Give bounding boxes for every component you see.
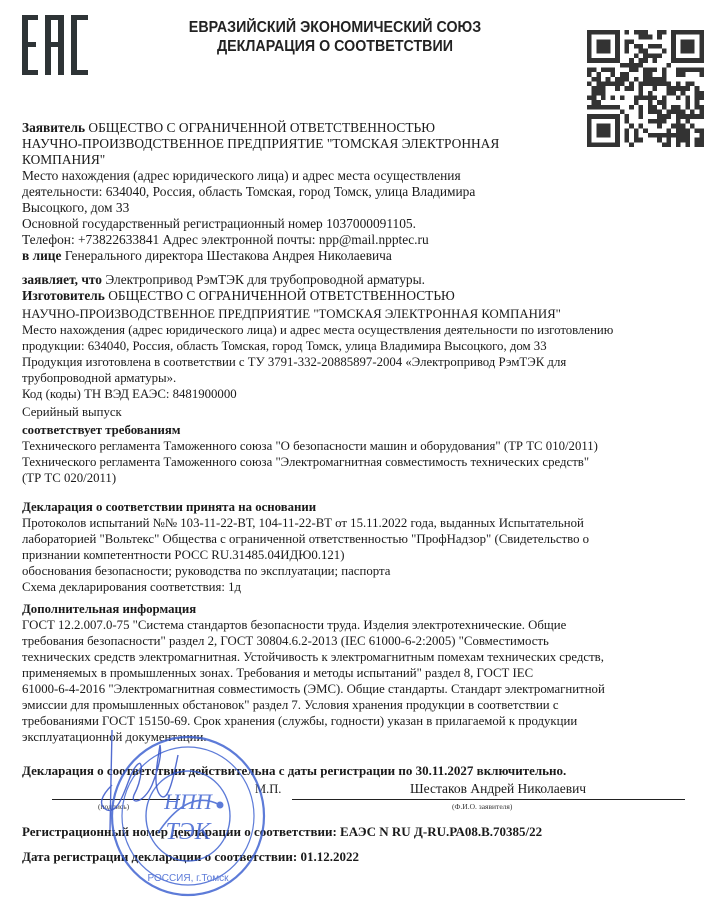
manufacturer-address: Место нахождения (адрес юридического лиц…	[22, 322, 722, 338]
product-name: Электропривод РэмТЭК для трубопроводной …	[102, 272, 425, 287]
regulation-item: Технического регламента Таможенного союз…	[22, 438, 722, 454]
eac-mark-icon	[20, 14, 92, 76]
applicant-contacts: Телефон: +73822633841 Адрес электронной …	[22, 232, 582, 248]
company-seal-stamp: НПП ТЭК РОССИЯ, г.Томск	[108, 733, 268, 898]
represented-label: в лице	[22, 248, 61, 263]
applicant-label: Заявитель	[22, 120, 85, 135]
declaration-document: ЕВРАЗИЙСКИЙ ЭКОНОМИЧЕСКИЙ СОЮЗ ДЕКЛАРАЦИ…	[0, 0, 728, 907]
registration-number: Регистрационный номер декларации о соотв…	[22, 824, 722, 840]
seal-icon: НПП ТЭК РОССИЯ, г.Томск	[108, 733, 268, 898]
additional-info-text: применяемых в промышленных зонах. Требов…	[22, 665, 722, 681]
applicant-name-line: КОМПАНИЯ"	[22, 152, 582, 168]
manufacturer-name-line: НАУЧНО-ПРОИЗВОДСТВЕННОЕ ПРЕДПРИЯТИЕ "ТОМ…	[22, 306, 722, 322]
applicant-name-line: НАУЧНО-ПРОИЗВОДСТВЕННОЕ ПРЕДПРИЯТИЕ "ТОМ…	[22, 136, 582, 152]
declares-label: заявляет, что	[22, 272, 102, 287]
additional-info-text: 61000-6-4-2016 "Электромагнитная совмест…	[22, 681, 722, 697]
signature-line	[52, 799, 180, 800]
svg-text:РОССИЯ, г.Томск: РОССИЯ, г.Томск	[148, 873, 230, 884]
svg-text:НПП: НПП	[163, 789, 213, 814]
regulation-item: (ТР ТС 020/2011)	[22, 470, 722, 486]
basis-text: лабораторией "Вольтекс" Общества с огран…	[22, 531, 722, 547]
additional-info-text: эмиссии для промышленных обстановок" раз…	[22, 697, 722, 713]
additional-info-text: эксплуатационной документации.	[22, 729, 722, 745]
regulation-item: Технического регламента Таможенного союз…	[22, 454, 722, 470]
additional-info-section: Дополнительная информация ГОСТ 12.2.007.…	[22, 601, 722, 745]
signer-name-line	[292, 799, 685, 800]
basis-heading: Декларация о соответствии принята на осн…	[22, 499, 722, 515]
additional-info-text: требованиями ГОСТ 15150-69. Срок хранени…	[22, 713, 722, 729]
basis-text: обоснования безопасности; руководства по…	[22, 563, 722, 579]
document-title: ЕВРАЗИЙСКИЙ ЭКОНОМИЧЕСКИЙ СОЮЗ ДЕКЛАРАЦИ…	[165, 18, 505, 56]
represented-by: Генерального директора Шестакова Андрея …	[61, 248, 391, 263]
applicant-name: ОБЩЕСТВО С ОГРАНИЧЕННОЙ ОТВЕТСТВЕННОСТЬЮ	[85, 120, 435, 135]
signature-caption: (подпись)	[98, 802, 129, 811]
basis-text: признании компетентности РОСС RU.31485.0…	[22, 547, 722, 563]
manufacturer-name: ОБЩЕСТВО С ОГРАНИЧЕННОЙ ОТВЕТСТВЕННОСТЬЮ	[105, 288, 455, 303]
signer-name: Шестаков Андрей Николаевич	[410, 781, 586, 797]
qr-code-icon[interactable]	[587, 30, 704, 147]
basis-text: Протоколов испытаний №№ 103-11-22-ВТ, 10…	[22, 515, 722, 531]
seal-label: М.П.	[255, 782, 281, 797]
additional-info-text: технических средств электромагнитная. Ус…	[22, 649, 722, 665]
additional-info-text: требования безопасности" раздел 2, ГОСТ …	[22, 633, 722, 649]
signer-caption: (Ф.И.О. заявителя)	[452, 802, 512, 811]
validity-statement: Декларация о соответствии действительна …	[22, 763, 722, 779]
applicant-address: Место нахождения (адрес юридического лиц…	[22, 168, 582, 184]
technical-specification: трубопроводной арматуры».	[22, 370, 722, 386]
eac-logo	[20, 14, 92, 76]
applicant-address: Высоцкого, дом 33	[22, 200, 582, 216]
hs-code: Код (коды) ТН ВЭД ЕАЭС: 8481900000	[22, 386, 722, 402]
manufacturer-section: НАУЧНО-ПРОИЗВОДСТВЕННОЕ ПРЕДПРИЯТИЕ "ТОМ…	[22, 306, 722, 386]
complies-label: соответствует требованиям	[22, 422, 722, 438]
additional-info-heading: Дополнительная информация	[22, 601, 722, 617]
declares-section: заявляет, что Электропривод РэмТЭК для т…	[22, 272, 702, 304]
registration-date: Дата регистрации декларации о соответств…	[22, 849, 722, 865]
release-type: Серийный выпуск	[22, 404, 722, 420]
additional-info-text: ГОСТ 12.2.007.0-75 "Система стандартов б…	[22, 617, 722, 633]
product-codes-section: Код (коды) ТН ВЭД ЕАЭС: 8481900000 Серий…	[22, 386, 722, 486]
manufacturer-label: Изготовитель	[22, 288, 105, 303]
title-union: ЕВРАЗИЙСКИЙ ЭКОНОМИЧЕСКИЙ СОЮЗ	[165, 18, 505, 37]
applicant-section: Заявитель ОБЩЕСТВО С ОГРАНИЧЕННОЙ ОТВЕТС…	[22, 120, 582, 264]
basis-section: Декларация о соответствии принята на осн…	[22, 499, 722, 595]
applicant-ogrn: Основной государственный регистрационный…	[22, 216, 582, 232]
applicant-address: деятельности: 634040, Россия, область То…	[22, 184, 582, 200]
title-declaration: ДЕКЛАРАЦИЯ О СООТВЕТСТВИИ	[165, 37, 505, 56]
manufacturer-address: продукции: 634040, Россия, область Томск…	[22, 338, 722, 354]
declaration-scheme: Схема декларирования соответствия: 1д	[22, 579, 722, 595]
technical-specification: Продукция изготовлена в соответствии с Т…	[22, 354, 722, 370]
